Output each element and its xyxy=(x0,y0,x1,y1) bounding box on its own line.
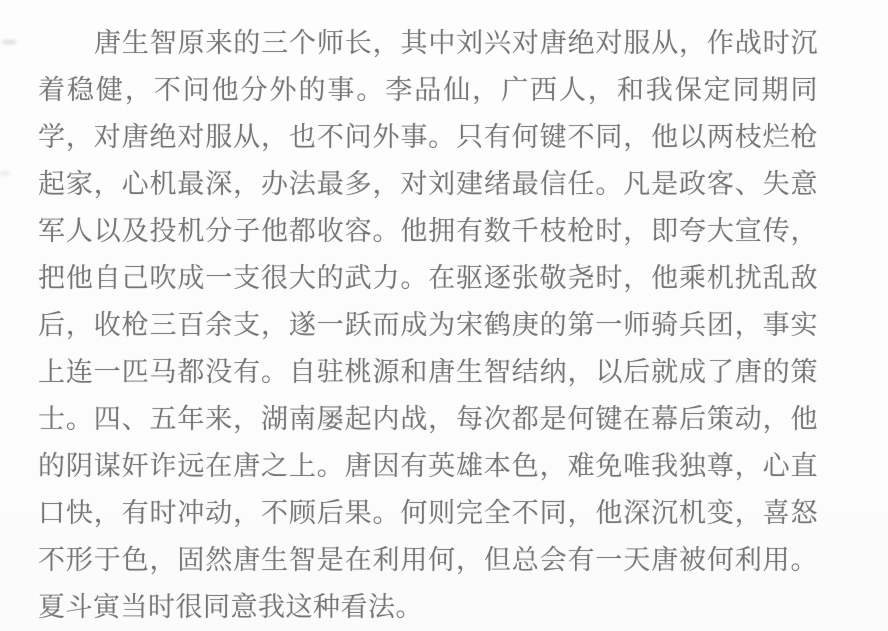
text-line: 起家，心机最深，办法最多，对刘建绪最信任。凡是政客、失意 xyxy=(38,161,818,208)
scanned-page: 唐生智原来的三个师长，其中刘兴对唐绝对服从，作战时沉 着稳健，不问他分外的事。李… xyxy=(0,0,888,631)
text-line: 上连一匹马都没有。自驻桃源和唐生智结纳，以后就成了唐的策 xyxy=(38,349,818,396)
paragraph: 唐生智原来的三个师长，其中刘兴对唐绝对服从，作战时沉 着稳健，不问他分外的事。李… xyxy=(38,20,818,631)
scan-artifact xyxy=(0,172,10,175)
text-line: 唐生智原来的三个师长，其中刘兴对唐绝对服从，作战时沉 xyxy=(38,20,818,67)
text-line: 不形于色，固然唐生智是在利用何，但总会有一天唐被何利用。 xyxy=(38,537,818,584)
text-line: 士。四、五年来，湖南屡起内战，每次都是何键在幕后策动，他 xyxy=(38,396,818,443)
text-line: 着稳健，不问他分外的事。李品仙，广西人，和我保定同期同 xyxy=(38,67,818,114)
text-line: 后，收枪三百余支，遂一跃而成为宋鹤庚的第一师骑兵团，事实 xyxy=(38,302,818,349)
text-line: 口快，有时冲动，不顾后果。何则完全不同，他深沉机变，喜怒 xyxy=(38,490,818,537)
text-line: 军人以及投机分子他都收容。他拥有数千枝枪时，即夸大宣传， xyxy=(38,208,818,255)
text-line: 学，对唐绝对服从，也不问外事。只有何键不同，他以两枝烂枪 xyxy=(38,114,818,161)
text-line: 夏斗寅当时很同意我这种看法。 xyxy=(38,584,818,631)
text-line: 的阴谋奸诈远在唐之上。唐因有英雄本色，难免唯我独尊，心直 xyxy=(38,443,818,490)
text-line: 把他自己吹成一支很大的武力。在驱逐张敬尧时，他乘机扰乱敌 xyxy=(38,255,818,302)
scan-artifact xyxy=(2,40,16,44)
